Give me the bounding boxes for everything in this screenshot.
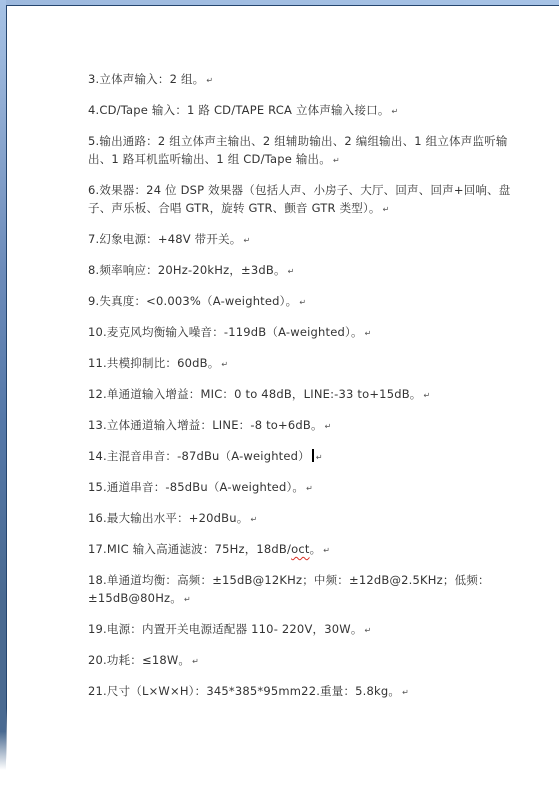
spec-text: 6.效果器：24 位 DSP 效果器（包括人声、小房子、大厅、回声、回声+回响、…	[88, 183, 511, 215]
spec-item-16: 18.单通道均衡：高频：±15dB@12KHz；中频：±12dB@2.5KHz；…	[88, 571, 522, 609]
paragraph-mark-icon: ↵	[192, 657, 199, 666]
spec-text: 19.电源：内置开关电源适配器 110- 220V，30W。	[88, 622, 363, 636]
spec-text: 3.立体声输入：2 组。	[88, 72, 204, 86]
paragraph-mark-icon: ↵	[299, 298, 306, 307]
spec-item-2: 4.CD/Tape 输入：1 路 CD/TAPE RCA 立体声输入接口。↵	[88, 101, 522, 121]
paragraph-mark-icon: ↵	[365, 329, 372, 338]
paragraph-mark-icon: ↵	[316, 453, 323, 462]
misspelled-word: oct	[291, 542, 309, 556]
spec-item-19: 21.尺寸（L×W×H）：345*385*95mm22.重量：5.8kg。↵	[88, 682, 522, 702]
spec-item-18: 20.功耗：≤18W。↵	[88, 651, 522, 671]
spec-text: 12.单通道输入增益：MIC：0 to 48dB，LINE:-33 to+15d…	[88, 387, 422, 401]
paragraph-mark-icon: ↵	[306, 484, 313, 493]
page-left-edge	[6, 5, 7, 761]
paragraph-mark-icon: ↵	[383, 205, 390, 214]
spec-item-10: 12.单通道输入增益：MIC：0 to 48dB，LINE:-33 to+15d…	[88, 385, 522, 405]
paragraph-mark-icon: ↵	[325, 422, 332, 431]
spec-text: 21.尺寸（L×W×H）：345*385*95mm22.重量：5.8kg。	[88, 684, 400, 698]
spec-item-15: 17.MIC 输入高通滤波：75Hz，18dB/oct。↵	[88, 540, 522, 560]
spec-text: 10.麦克风均衡输入噪音：-119dB（A-weighted）。	[88, 325, 363, 339]
spec-text: 8.频率响应：20Hz-20kHz，±3dB。	[88, 263, 286, 277]
paragraph-mark-icon: ↵	[333, 156, 340, 165]
spec-item-17: 19.电源：内置开关电源适配器 110- 220V，30W。↵	[88, 620, 522, 640]
spec-text: 16.最大输出水平：+20dBu。	[88, 511, 248, 525]
spec-text: 5.输出通路：2 组立体声主输出、2 组辅助输出、2 编组输出、1 组立体声监听…	[88, 134, 508, 166]
spec-text: 20.功耗：≤18W。	[88, 653, 190, 667]
spec-text: 11.共模抑制比：60dB。	[88, 356, 219, 370]
paragraph-mark-icon: ↵	[424, 391, 431, 400]
spec-item-8: 10.麦克风均衡输入噪音：-119dB（A-weighted）。↵	[88, 323, 522, 343]
paragraph-mark-icon: ↵	[365, 626, 372, 635]
paragraph-mark-icon: ↵	[184, 595, 191, 604]
spec-item-5: 7.幻象电源：+48V 带开关。↵	[88, 230, 522, 250]
spec-text: 18.单通道均衡：高频：±15dB@12KHz；中频：±12dB@2.5KHz；…	[88, 573, 490, 605]
spec-item-1: 3.立体声输入：2 组。↵	[88, 70, 522, 90]
spec-item-4: 6.效果器：24 位 DSP 效果器（包括人声、小房子、大厅、回声、回声+回响、…	[88, 181, 522, 219]
spec-text: 7.幻象电源：+48V 带开关。	[88, 232, 241, 246]
spec-item-9: 11.共模抑制比：60dB。↵	[88, 354, 522, 374]
spec-text: 15.通道串音：-85dBu（A-weighted）。	[88, 480, 304, 494]
spec-item-3: 5.输出通路：2 组立体声主输出、2 组辅助输出、2 编组输出、1 组立体声监听…	[88, 132, 522, 170]
paragraph-mark-icon: ↵	[221, 360, 228, 369]
paragraph-mark-icon: ↵	[392, 107, 399, 116]
paragraph-mark-icon: ↵	[323, 546, 330, 555]
paragraph-mark-icon: ↵	[288, 267, 295, 276]
spec-text: 。	[310, 542, 322, 556]
document-page[interactable]: 3.立体声输入：2 组。↵4.CD/Tape 输入：1 路 CD/TAPE RC…	[7, 6, 559, 786]
spec-text: 4.CD/Tape 输入：1 路 CD/TAPE RCA 立体声输入接口。	[88, 103, 390, 117]
spec-item-6: 8.频率响应：20Hz-20kHz，±3dB。↵	[88, 261, 522, 281]
spec-text: 14.主混音串音：-87dBu（A-weighted）	[88, 449, 310, 463]
paragraph-mark-icon: ↵	[206, 76, 213, 85]
paragraph-mark-icon: ↵	[250, 515, 257, 524]
spec-item-14: 16.最大输出水平：+20dBu。↵	[88, 509, 522, 529]
paragraph-mark-icon: ↵	[402, 688, 409, 697]
spec-text: 9.失真度：<0.003%（A-weighted）。	[88, 294, 297, 308]
spec-text: 13.立体通道输入增益：LINE：-8 to+6dB。	[88, 418, 323, 432]
document-content[interactable]: 3.立体声输入：2 组。↵4.CD/Tape 输入：1 路 CD/TAPE RC…	[88, 70, 522, 713]
text-cursor	[312, 449, 314, 462]
spec-item-7: 9.失真度：<0.003%（A-weighted）。↵	[88, 292, 522, 312]
spec-item-13: 15.通道串音：-85dBu（A-weighted）。↵	[88, 478, 522, 498]
paragraph-mark-icon: ↵	[243, 236, 250, 245]
spec-item-12: 14.主混音串音：-87dBu（A-weighted）↵	[88, 447, 522, 467]
spec-item-11: 13.立体通道输入增益：LINE：-8 to+6dB。↵	[88, 416, 522, 436]
spec-text: 17.MIC 输入高通滤波：75Hz，18dB/	[88, 542, 291, 556]
